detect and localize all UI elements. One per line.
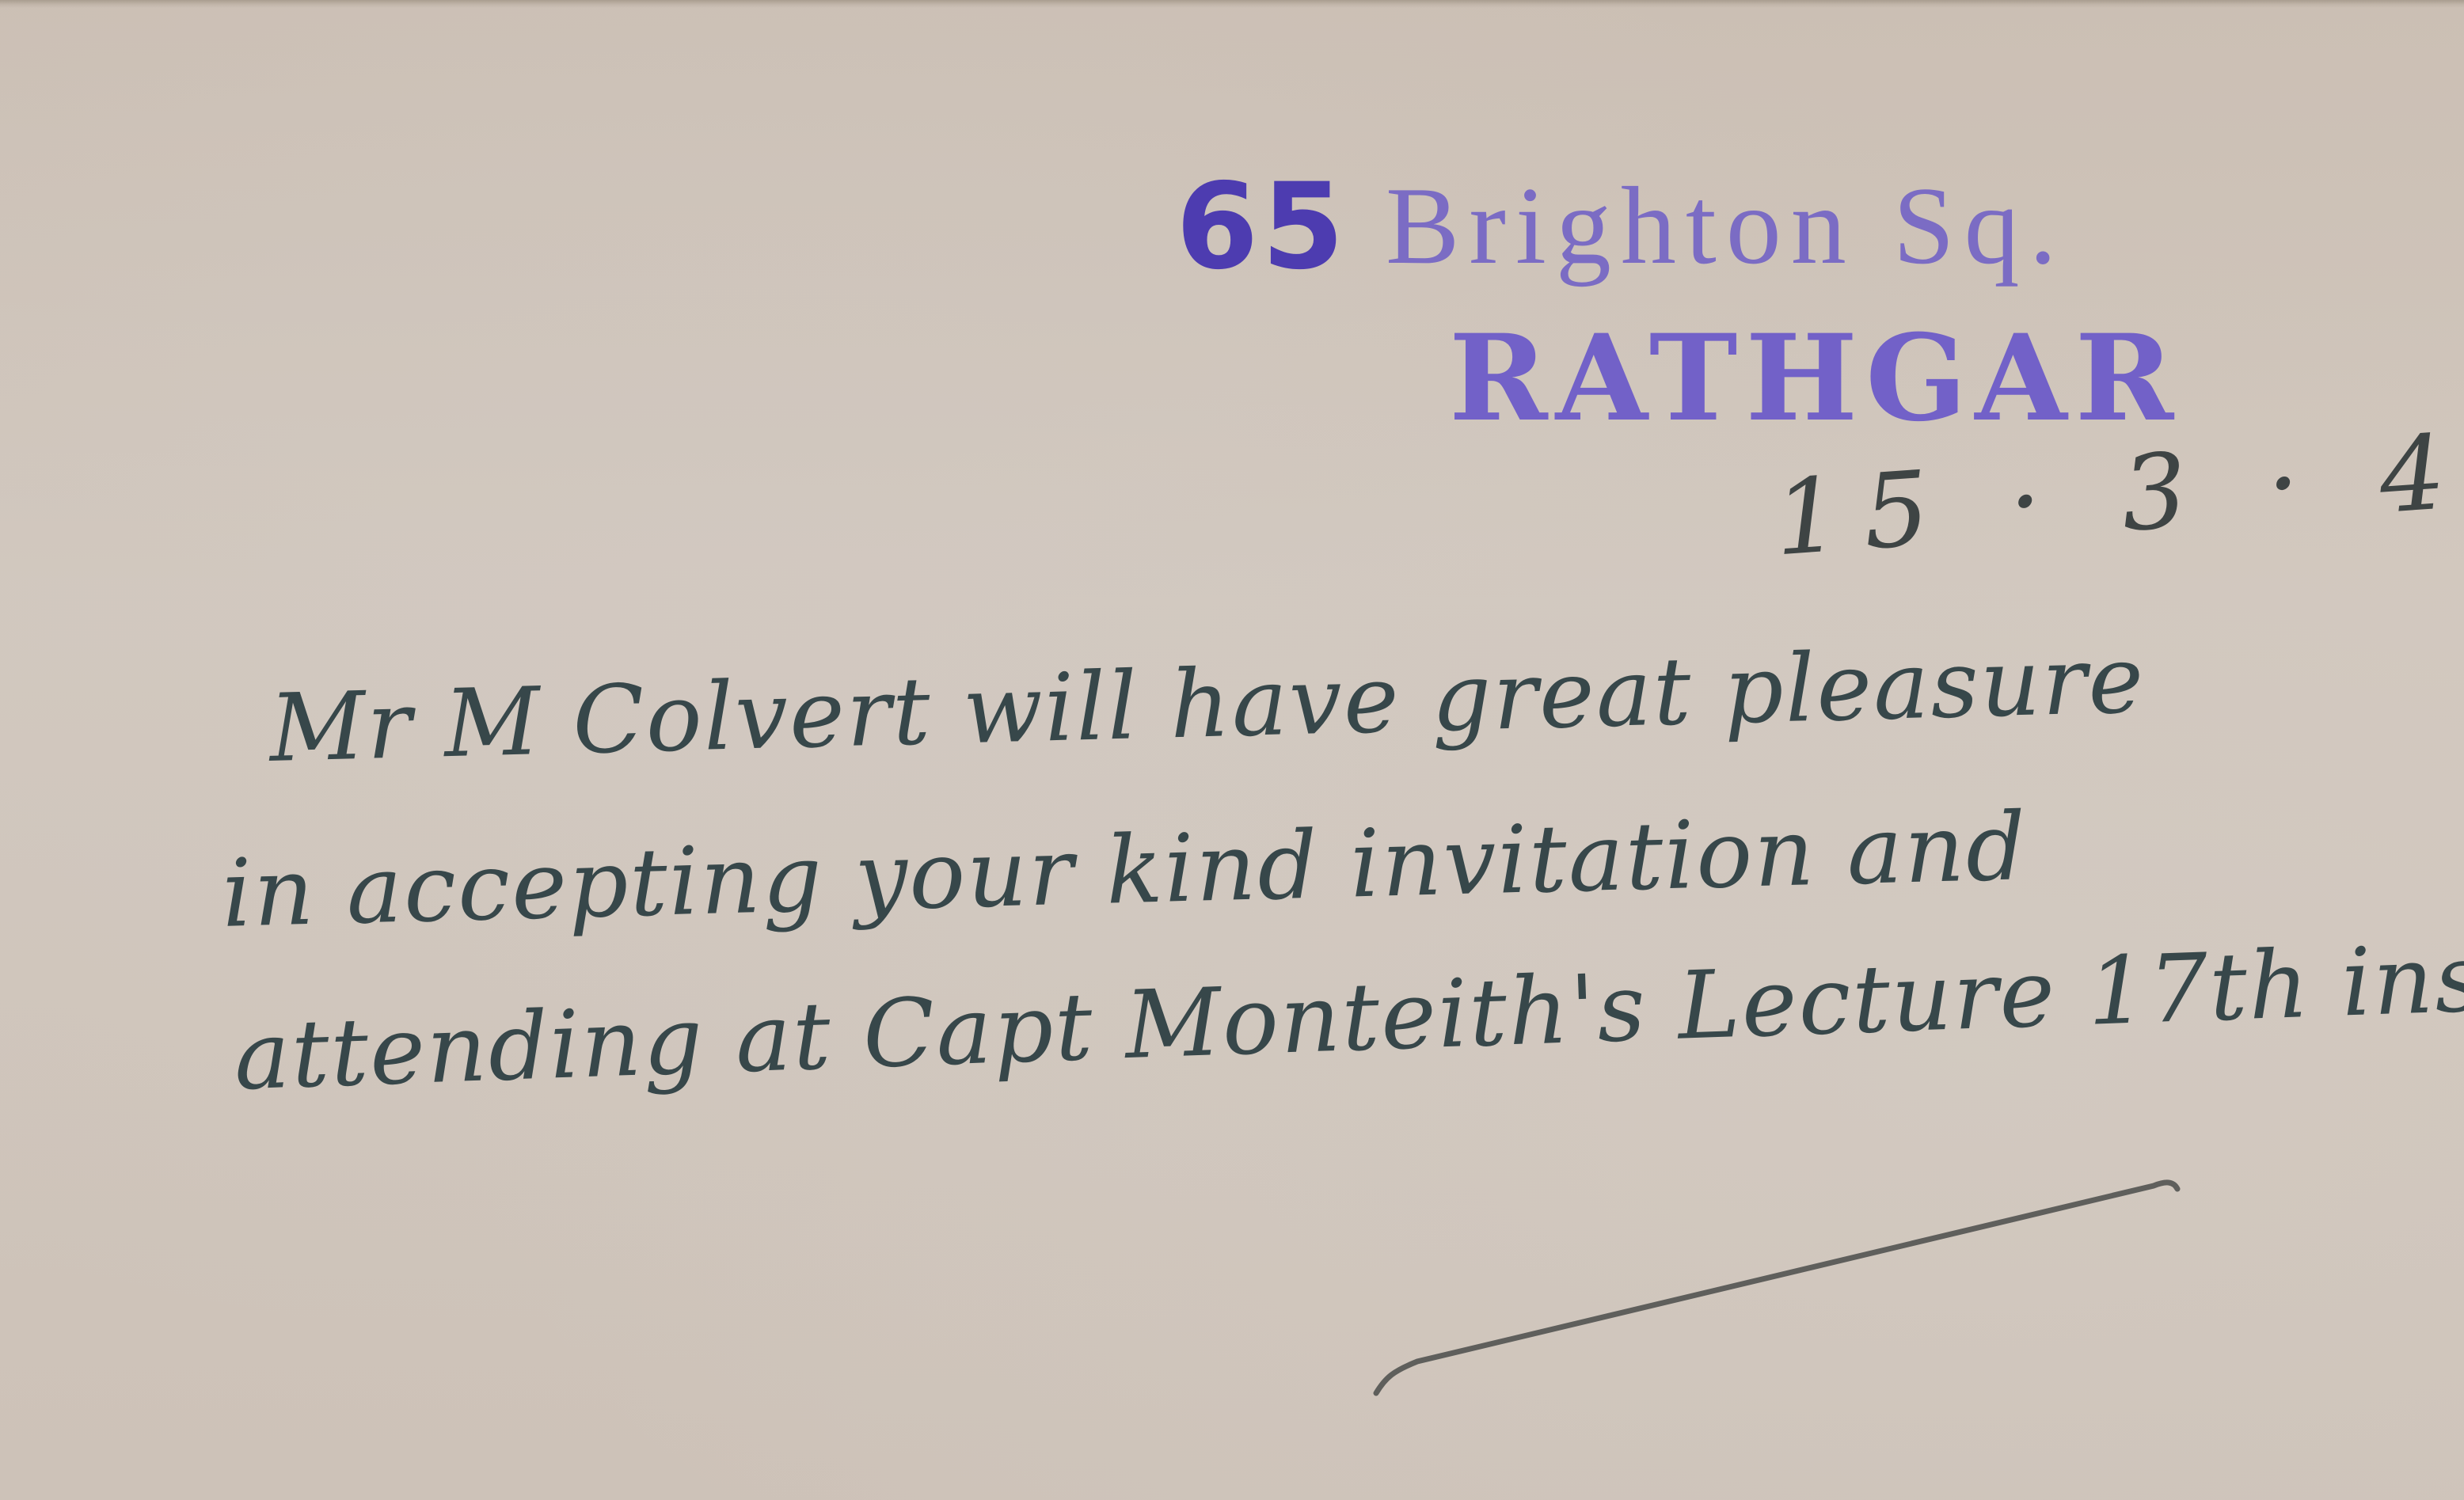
body-line-1: Mr M Colvert will have great pleasure [268,625,2146,783]
town-stamp: RATHGAR [1449,309,2181,448]
note-card: 65 Brighton Sq. RATHGAR 15 · 3 · 49 Mr M… [0,0,2464,1500]
card-top-edge [0,0,2464,8]
signature-stroke [1362,1164,2193,1401]
address-number-stamp: 65 [1176,158,1348,296]
address-street-stamp: Brighton Sq. [1386,162,2067,290]
body-line-3: attending at Capt Monteith's Lecture 17t… [232,922,2464,1111]
body-line-2: in accepting your kind invitation and [221,792,2029,948]
